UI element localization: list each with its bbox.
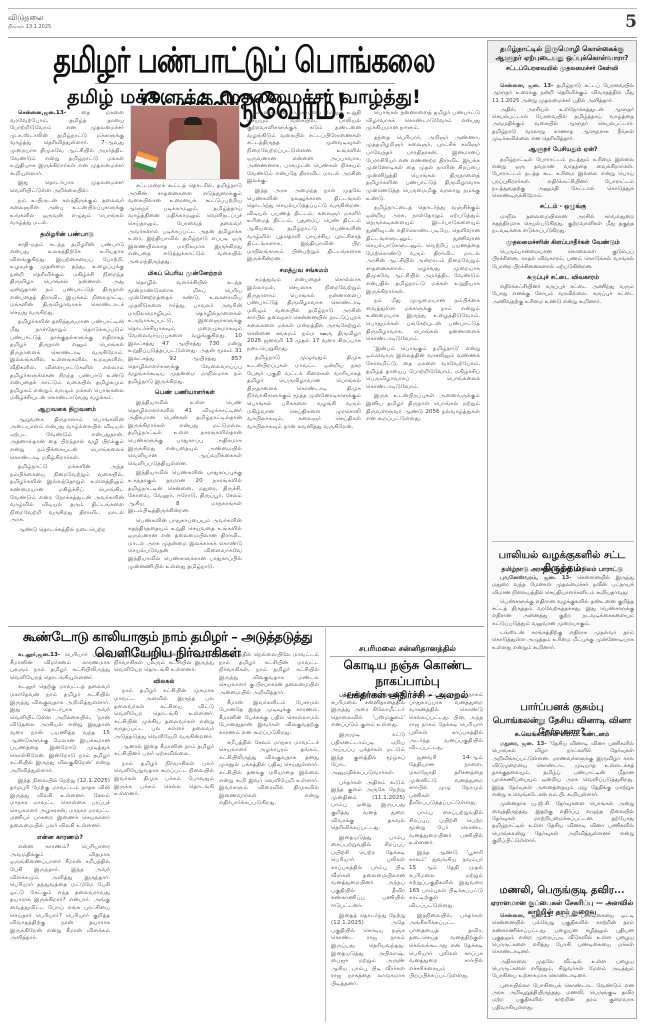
section-subheading: பெண் பணியாளர்கள் (128, 389, 242, 397)
sidebar-story-3-body: மதுரை, ஜன. 13- 'தேசிய வினாடி வினா பணிகளி… (492, 741, 634, 881)
indian-flag-icon (133, 151, 159, 173)
chief-minister-photo (130, 105, 240, 180)
figure-hair (184, 117, 202, 125)
section-divider (8, 626, 484, 627)
sidebar-story-1-body: சென்னை, ஜன. 13- தமிழ்நாடு சட்டப் பேரவையி… (492, 83, 634, 523)
sidebar-story-3-subhead: சு.வெங்கடேசன் எம்.பி. கண்டனம் (488, 729, 636, 741)
section-subheading: என்ன காரணம்? (10, 834, 110, 842)
main-subheadline: தமிழ் மக்களுக்கு முதலமைச்சர் வாழ்த்து! (10, 86, 478, 108)
newspaper-name: விடுதலை (8, 13, 44, 23)
main-article-column-2: சட்டமன்றக் கூட்டத் தொடரில், தமிழ்நாடு அர… (128, 183, 242, 625)
masthead: விடுதலை திங்கள் 13.1.2025 5 (8, 8, 637, 32)
sidebar-story-3-kicker: பார்ப்பனக் குசும்பு (488, 701, 636, 714)
main-article-column-4: பொங்கல் நன்னாளைத் தமிழர் பண்பாட்டு விழாவ… (366, 110, 480, 625)
issue-date: திங்கள் 13.1.2025 (8, 24, 51, 30)
sidebar-divider (492, 541, 634, 542)
sidebar-story-4-body: சென்னை, ஜன.13- போகி பண்டிகையை ஒட்டி சென்… (492, 913, 634, 1015)
article-3-column-2: பிடிபட்ட ராஜ நாகம் பாதுகாப்பாக வனத்துறை … (409, 692, 483, 1022)
section-subheading: தமிழரின் பண்பாடு (10, 231, 124, 239)
sidebar-story-4-kicker: மணலி, பெருங்குடி தவிர... (488, 884, 636, 897)
column-divider (325, 628, 326, 1022)
article-3-column-1: பத்தினம்திட்டா, ஜன.13- சபரிமலை சன்னிதானத… (331, 692, 405, 1022)
figure-body (166, 140, 220, 180)
main-article-column-3: பெண்களின் பாதுகாப்பை மேலும் உறுதி செய்யு… (247, 110, 361, 625)
section-subheading: மிகப் பெரிய முன்னேற்றம் (128, 270, 242, 278)
section-subheading: விலகல் (114, 678, 214, 686)
main-article-column-1: சென்னை,ஜன.13- தை மகளை வரவேற்போம், தமிழ்த… (10, 110, 124, 625)
sidebar-story-2-body: புவனேஸ்வரம், ஜன. 13- சென்னையில் இருந்து … (492, 575, 634, 705)
sidebar: தமிழ்நாட்டில் இருமொழி கொள்கைக்கு ஆளுநர் … (487, 40, 637, 1019)
dateline: சென்னை,ஜன.13- (18, 110, 66, 116)
page-number: 5 (625, 12, 637, 32)
article-2-column-2: இந்த நிலையில்தான் நாம் தமிழர் நிர்வாகிகள… (114, 652, 214, 1022)
article-2-column-1: கடலூர்,ஜன.13- பெரியார் பற்றிய சீமானின் வ… (10, 652, 110, 1022)
article-3-headline: கொடிய நஞ்சு கொண்ட நாகப்பாம்பு (330, 657, 485, 689)
article-2-column-3: சமீபத்தில் நெல்லையிலே மாவட்டம் நாம் தமிழ… (219, 652, 319, 1022)
section-subheading: சமத்துவ சங்கமம் (247, 267, 361, 275)
sidebar-story-1-headline: தமிழ்நாட்டில் இருமொழி கொள்கைக்கு ஆளுநர் … (488, 41, 636, 63)
sidebar-story-1-subhead: சட்டப்பேரவையில் முதலமைச்சர் கேள்வி (488, 63, 636, 75)
section-subheading: ஆறுவகை நிறுவனம் (10, 406, 124, 414)
headline-divider (95, 83, 395, 84)
article-3-kicker: சபரிமலை சன்னிதானத்தில் (330, 644, 485, 657)
